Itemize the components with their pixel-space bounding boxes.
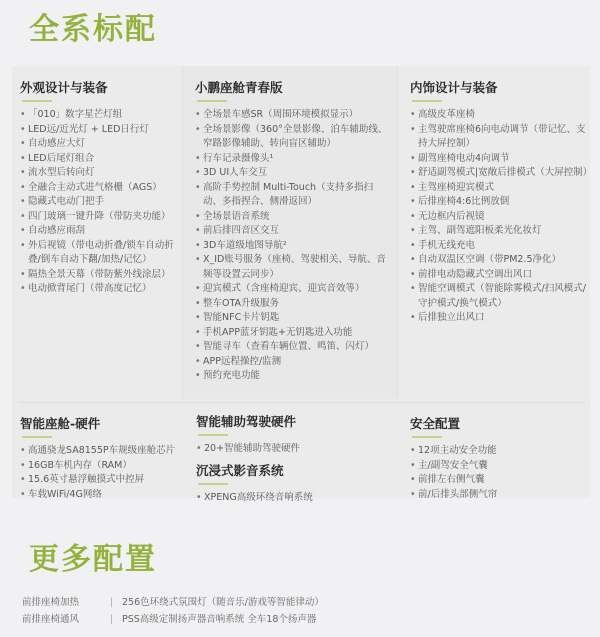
title-underline [412,436,442,438]
list-item: 全融合主动式进气格栅（AGS） [20,181,185,196]
list-item: 行车记录摄像头¹ [195,152,390,167]
list-item: 高通骁龙SA8155P车规级座舱芯片 [20,444,195,459]
more-right: 256色环绕式氛围灯（随音乐/游戏等智能律动） [122,594,324,611]
section-title: 外观设计与装备 [20,80,185,96]
section-title: 内饰设计与装备 [410,80,590,96]
section-cockpit: 小鹏座舱青春版 全场景车感SR（周围环境模拟显示） 全场景影像（360°全景影像… [195,80,390,384]
separator: | [110,611,122,628]
list-item: 主驾驶席座椅6向电动调节（带记忆、支持大屏控制） [410,123,590,152]
list-item: 主/副驾安全气囊 [410,459,590,474]
list-item: 3D车道级地图导航² [195,239,390,254]
list-item: 隔热全景天幕（带防紫外线涂层） [20,268,185,283]
standard-config-title: 全系标配 [29,15,157,45]
list-item: 16GB车机内存（RAM） [20,459,195,474]
list-item: 智能NFC卡片钥匙 [195,311,390,326]
list-item: 前后排四音区交互 [195,224,390,239]
section-title: 小鹏座舱青春版 [195,80,390,96]
list-item: 副驾座椅电动4向调节 [410,152,590,167]
item-list: 高级皮革座椅 主驾驶席座椅6向电动调节（带记忆、支持大屏控制） 副驾座椅电动4向… [410,108,590,326]
list-item: 全场景语音系统 [195,210,390,225]
separator: | [110,594,122,611]
title-underline [22,436,52,438]
section-safety: 安全配置 12项主动安全功能 主/副驾安全气囊 前排左右侧气囊 前/后排头部侧气… [410,416,590,502]
list-item: 手机APP蓝牙钥匙+无钥匙进入功能 [195,326,390,341]
list-item: 无边框内后视镜 [410,210,590,225]
list-item: 车载WiFi/4G网络 [20,488,195,503]
list-item: 迎宾模式（含座椅迎宾、迎宾音效等） [195,282,390,297]
list-item: 四门玻璃一键升降（带防夹功能） [20,210,185,225]
list-item: XPENG高级环绕音响系统 [196,491,391,506]
list-item: 隐藏式电动门把手 [20,195,185,210]
list-item: APP远程操控/监测 [195,355,390,370]
title-underline [198,483,228,485]
list-item: 15.6英寸悬浮触摸式中控屏 [20,473,195,488]
item-list: 高通骁龙SA8155P车规级座舱芯片 16GB车机内存（RAM） 15.6英寸悬… [20,444,195,502]
list-item: 前排电动隐藏式空调出风口 [410,268,590,283]
list-item: 全场景车感SR（周围环境模拟显示） [195,108,390,123]
list-item: 外后视镜（带电动折叠/锁车自动折叠/倒车自动下翻/加热/记忆） [20,239,185,268]
more-row: 前排座椅通风 | PSS高级定制扬声器音响系统 全车18个扬声器 [22,611,324,628]
list-item: 「010」数字星芒灯组 [20,108,185,123]
list-item: 电动掀背尾门（带高度记忆） [20,282,185,297]
more-left: 前排座椅加热 [22,594,110,611]
more-config-list: 前排座椅加热 | 256色环绕式氛围灯（随音乐/游戏等智能律动） 前排座椅通风 … [22,594,324,628]
list-item: 手机无线充电 [410,239,590,254]
item-list: 12项主动安全功能 主/副驾安全气囊 前排左右侧气囊 前/后排头部侧气帘 [410,444,590,502]
section-title-audio: 沉浸式影音系统 [196,463,391,479]
list-item: 舒适副驾模式|宽敞后排模式（大屏控制） [410,166,590,181]
list-item: 自动感应雨刮 [20,224,185,239]
list-item: 前排左右侧气囊 [410,473,590,488]
list-item: 整车OTA升级服务 [195,297,390,312]
list-item: X_ID账号服务（座椅、驾驶相关、导航、音频等设置云同步） [195,253,390,282]
list-item: LED远/近光灯 + LED日行灯 [20,123,185,138]
divider [18,402,586,403]
section-title: 智能座舱-硬件 [20,416,195,432]
list-item: 智能空调模式（智能除雾模式/扫风模式/守护模式/换气模式） [410,282,590,311]
title-underline [412,100,442,102]
section-title: 安全配置 [410,416,590,432]
list-item: 主驾、副驾遮阳板柔光化妆灯 [410,224,590,239]
section-exterior: 外观设计与装备 「010」数字星芒灯组 LED远/近光灯 + LED日行灯 自动… [20,80,185,297]
title-underline [197,100,227,102]
list-item: 预约充电功能 [195,369,390,384]
section-hardware: 智能座舱-硬件 高通骁龙SA8155P车规级座舱芯片 16GB车机内存（RAM）… [20,416,195,502]
section-adas: 智能辅助驾驶硬件 20+智能辅助驾驶硬件 沉浸式影音系统 XPENG高级环绕音响… [196,414,391,505]
title-underline [22,100,52,102]
list-item: 前/后排头部侧气帘 [410,488,590,503]
more-left: 前排座椅通风 [22,611,110,628]
list-item: 流水型后转向灯 [20,166,185,181]
section-title: 智能辅助驾驶硬件 [196,414,391,430]
list-item: 3D UI人车交互 [195,166,390,181]
item-list: 全场景车感SR（周围环境模拟显示） 全场景影像（360°全景影像、泊车辅助线、窄… [195,108,390,384]
list-item: 高阶手势控制 Multi-Touch（支持多指扫动、多指捏合、侧滑返回） [195,181,390,210]
list-item: 自动感应大灯 [20,137,185,152]
list-item: 后排座椅4:6比例放倒 [410,195,590,210]
list-item: 智能寻车（查看车辆位置、鸣笛、闪灯） [195,340,390,355]
more-row: 前排座椅加热 | 256色环绕式氛围灯（随音乐/游戏等智能律动） [22,594,324,611]
item-list: XPENG高级环绕音响系统 [196,491,391,506]
more-config-title: 更多配置 [29,545,157,575]
list-item: 主驾座椅迎宾模式 [410,181,590,196]
list-item: 后排独立出风口 [410,311,590,326]
list-item: 高级皮革座椅 [410,108,590,123]
more-right: PSS高级定制扬声器音响系统 全车18个扬声器 [122,611,316,628]
list-item: 自动双温区空调（带PM2.5净化） [410,253,590,268]
list-item: LED后尾灯组合 [20,152,185,167]
section-interior: 内饰设计与装备 高级皮革座椅 主驾驶席座椅6向电动调节（带记忆、支持大屏控制） … [410,80,590,326]
item-list: 20+智能辅助驾驶硬件 [196,442,391,457]
item-list: 「010」数字星芒灯组 LED远/近光灯 + LED日行灯 自动感应大灯 LED… [20,108,185,297]
list-item: 12项主动安全功能 [410,444,590,459]
title-underline [198,434,228,436]
list-item: 20+智能辅助驾驶硬件 [196,442,391,457]
list-item: 全场景影像（360°全景影像、泊车辅助线、窄路影像辅助、转向盲区辅助） [195,123,390,152]
